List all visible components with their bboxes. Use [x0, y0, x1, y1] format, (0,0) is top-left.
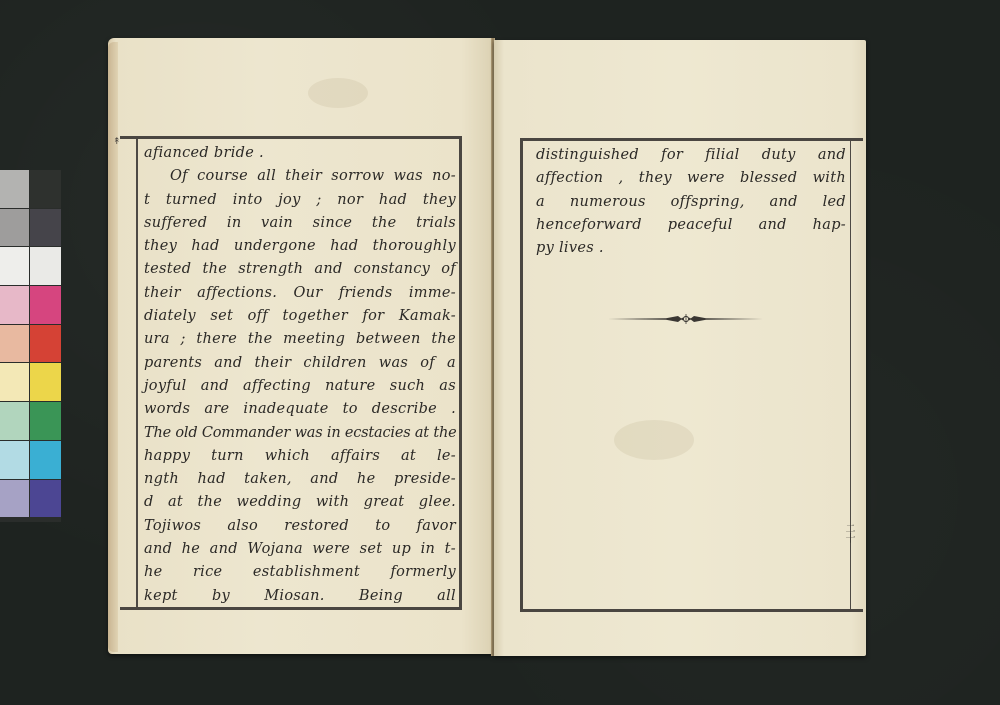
- text-line: words are inadequate to describe .: [144, 398, 456, 421]
- color-swatch-right-4: [30, 286, 61, 325]
- text-line: tested the strength and constancy of: [144, 258, 456, 281]
- text-line: distinguished for filial duty and: [536, 144, 846, 167]
- text-line: suffered in vain since the trials: [144, 212, 456, 235]
- color-swatch-right-9: [30, 480, 61, 519]
- color-swatch-right-7: [30, 402, 61, 441]
- color-swatch-left-6: [0, 363, 29, 402]
- right-page-text: distinguished for filial duty and affect…: [536, 144, 846, 260]
- end-flourish-icon: [606, 313, 766, 325]
- text-line: ura ; there the meeting between the: [144, 328, 456, 351]
- color-calibration-chart: [0, 170, 61, 522]
- page-stack-edge: [108, 42, 118, 652]
- text-line: parents and their children was of a: [144, 352, 456, 375]
- color-swatch-right-3: [30, 247, 61, 286]
- text-line: t turned into joy ; nor had they: [144, 189, 456, 212]
- open-book: ↟ afianced bride . Of course all their s…: [108, 38, 866, 658]
- color-swatch-left-9: [0, 480, 29, 519]
- text-line: henceforward peaceful and hap-: [536, 214, 846, 237]
- text-line: they had undergone had thoroughly: [144, 235, 456, 258]
- color-swatch-left-8: [0, 441, 29, 480]
- text-line: diately set off together for Kamak-: [144, 305, 456, 328]
- text-line: happy turn which affairs at le-: [144, 445, 456, 468]
- color-swatch-right-2: [30, 209, 61, 248]
- text-line: py lives .: [536, 237, 846, 260]
- color-swatch-left-2: [0, 209, 29, 248]
- color-swatch-right-6: [30, 363, 61, 402]
- text-line: affection , they were blessed with: [536, 167, 846, 190]
- color-swatch-left-3: [0, 247, 29, 286]
- text-line: he rice establishment formerly: [144, 561, 456, 584]
- color-swatch-left-7: [0, 402, 29, 441]
- text-line: afianced bride .: [144, 142, 456, 165]
- text-line: their affections. Our friends imme-: [144, 282, 456, 305]
- text-line: a numerous offspring, and led: [536, 191, 846, 214]
- color-swatch-right-1: [30, 170, 61, 209]
- color-swatch-left-1: [0, 170, 29, 209]
- color-swatch-right-5: [30, 325, 61, 364]
- text-line: and he and Wojana were set up in t-: [144, 538, 456, 561]
- color-swatch-left-4: [0, 286, 29, 325]
- text-line: joyful and affecting nature such as: [144, 375, 456, 398]
- text-line: d at the wedding with great glee.: [144, 491, 456, 514]
- color-swatch-right-8: [30, 441, 61, 480]
- text-line: The old Commander was in ecstacies at th…: [144, 422, 456, 445]
- text-line: Of course all their sorrow was no-: [144, 165, 456, 188]
- text-line: kept by Miosan. Being all: [144, 585, 456, 608]
- text-line: ngth had taken, and he preside-: [144, 468, 456, 491]
- color-swatch-left-5: [0, 325, 29, 364]
- margin-rule: [136, 139, 138, 607]
- left-page-text: afianced bride . Of course all their sor…: [144, 142, 456, 608]
- folio-number: 二十: [840, 523, 854, 543]
- text-line: Tojiwos also restored to favor: [144, 515, 456, 538]
